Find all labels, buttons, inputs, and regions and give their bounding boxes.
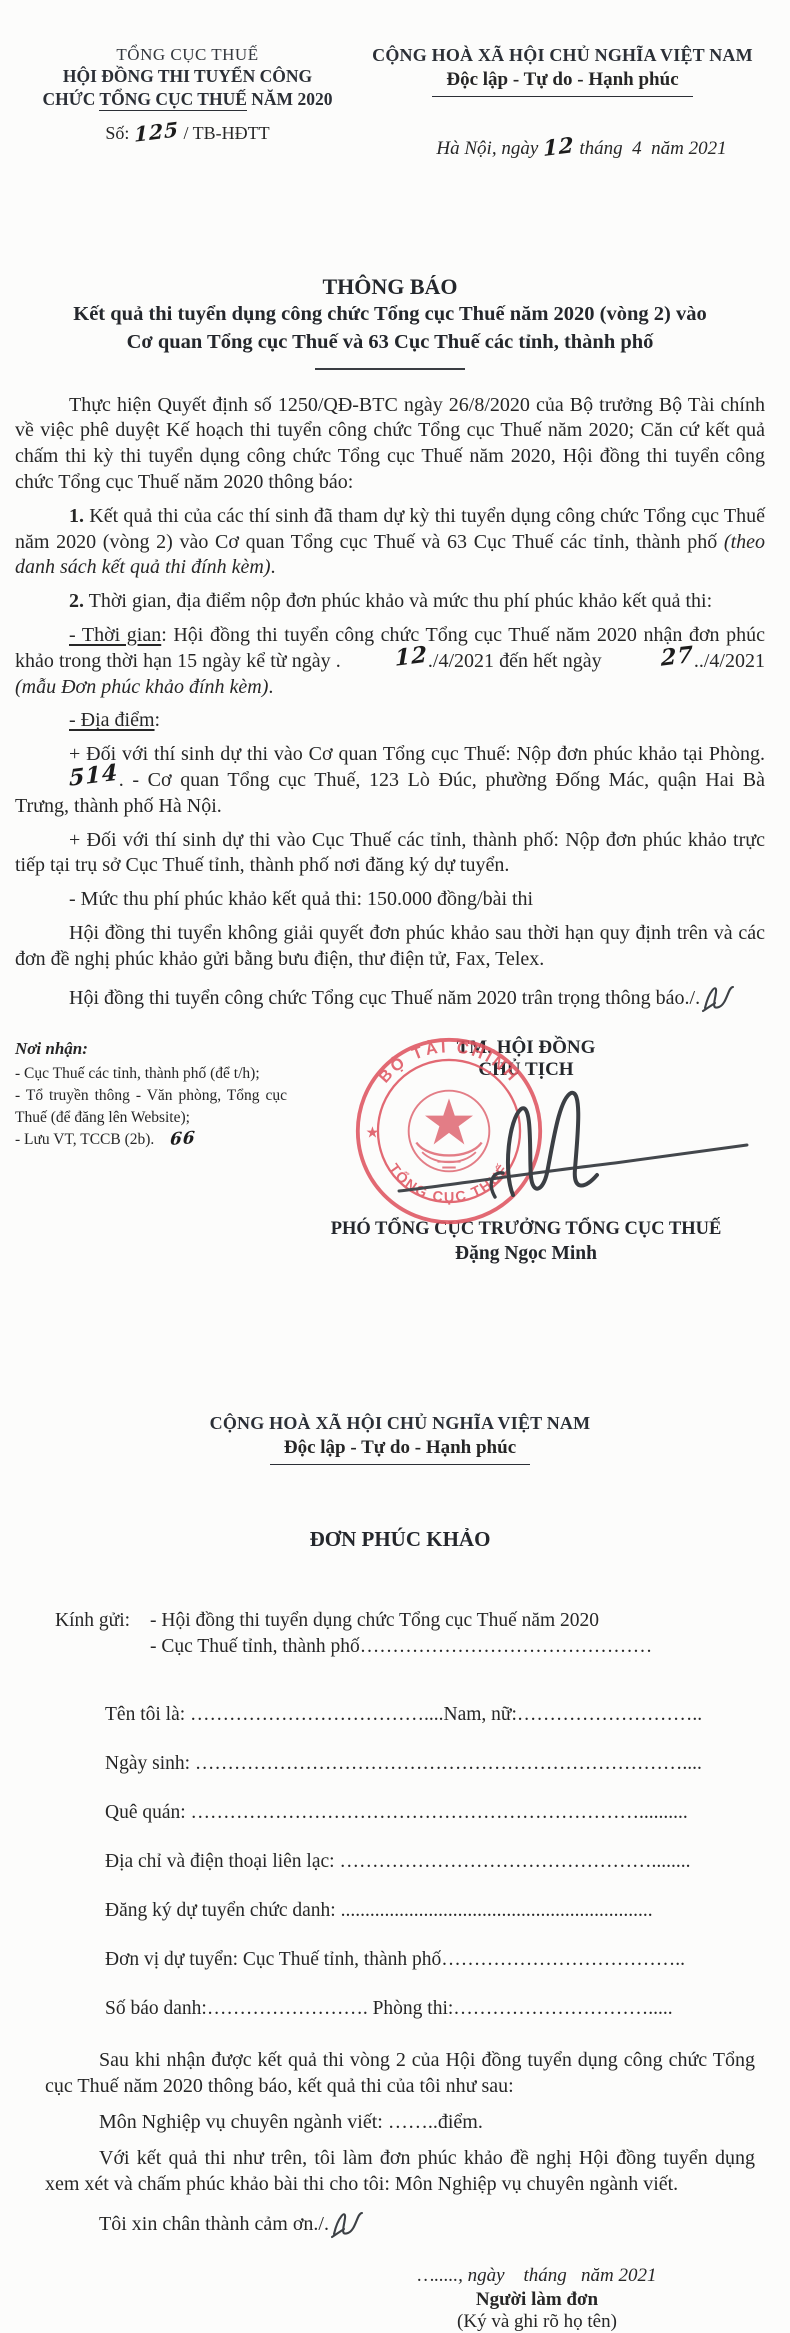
form-motto-line2: Độc lập - Tự do - Hạnh phúc (45, 1437, 755, 1465)
paragraph-rules: Hội đồng thi tuyển không giải quyết đơn … (15, 921, 765, 973)
org-name: HỘI ĐỒNG THI TUYỂN CÔNG CHỨC TỔNG CỤC TH… (15, 65, 360, 111)
recipients-block: Nơi nhận: - Cục Thuế các tỉnh, thành phố… (15, 1037, 287, 1265)
form-national-header: CỘNG HOÀ XÃ HỘI CHỦ NGHĨA VIỆT NAM Độc l… (45, 1413, 755, 1465)
paragraph-item2: 2. Thời gian, địa điểm nộp đơn phúc khảo… (15, 589, 765, 615)
signature-block: TM. HỘI ĐỒNG CHỦ TỊCH BỘ TÀI CHÍNH TỔNG … (287, 1037, 765, 1265)
handwritten-initials-icon (700, 981, 736, 1013)
recipient-item: - Tổ truyền thông - Văn phòng, Tổng cục … (15, 1085, 287, 1129)
field-exam-number: Số báo danh:……………………. Phòng thi:……………………… (105, 1998, 755, 2020)
form-signer-note: (Ký và ghi rõ họ tên) (367, 2311, 707, 2333)
paragraph-closing: Hội đồng thi tuyển công chức Tổng cục Th… (15, 981, 765, 1013)
form-paragraphs: Sau khi nhận được kết quả thi vòng 2 của… (45, 2047, 755, 2239)
field-birthdate: Ngày sinh: ………………………………………………………………….... (105, 1753, 755, 1775)
document-header: TỔNG CỤC THUẾ HỘI ĐỒNG THI TUYỂN CÔNG CH… (15, 45, 765, 182)
form-date-line: …....., ngày tháng năm 2021 (367, 2265, 707, 2287)
form-paragraph-thanks: Tôi xin chân thành cảm ơn./. (45, 2207, 755, 2239)
footer-row: Nơi nhận: - Cục Thuế các tỉnh, thành phố… (15, 1037, 765, 1265)
addressee-lines: - Hội đồng thi tuyển dụng chức Tổng cục … (150, 1610, 755, 1662)
handwritten-day: 12 (543, 135, 575, 160)
paragraph-item1: 1. Kết quả thi của các thí sinh đã tham … (15, 504, 765, 581)
recipient-item: - Cục Thuế các tỉnh, thành phố (để t/h); (15, 1063, 287, 1085)
title-heading: THÔNG BÁO (15, 274, 765, 300)
handwritten-end-day: 27 (607, 643, 694, 676)
stamp-left-star: ★ (365, 1124, 379, 1141)
handwritten-start-day: 12 (341, 643, 428, 676)
field-contact: Địa chỉ và điện thoại liên lạc: ……………………… (105, 1851, 755, 1873)
signer-name: Đặng Ngọc Minh (287, 1243, 765, 1265)
field-unit: Đơn vị dự tuyển: Cục Thuế tỉnh, thành ph… (105, 1949, 755, 1971)
title-subtitle: Kết quả thi tuyển dụng công chức Tổng cụ… (15, 300, 765, 357)
national-motto-line1: CỘNG HOÀ XÃ HỘI CHỦ NGHĨA VIỆT NAM (360, 45, 765, 66)
paragraph-location-hq: + Đối với thí sinh dự thi vào Cơ quan Tổ… (15, 742, 765, 819)
announcement-page: TỔNG CỤC THUẾ HỘI ĐỒNG THI TUYỂN CÔNG CH… (0, 0, 790, 1265)
paragraph-location-province: + Đối với thí sinh dự thi vào Cục Thuế c… (15, 828, 765, 880)
national-header-block: CỘNG HOÀ XÃ HỘI CHỦ NGHĨA VIỆT NAM Độc l… (360, 45, 765, 182)
announcement-body: Thực hiện Quyết định số 1250/QĐ-BTC ngày… (15, 393, 765, 1013)
appeal-form-page: CỘNG HOÀ XÃ HỘI CHỦ NGHĨA VIỆT NAM Độc l… (0, 1413, 790, 2333)
handwritten-note: 66 (170, 1130, 197, 1149)
form-paragraph-request: Với kết quả thi như trên, tôi làm đơn ph… (45, 2145, 755, 2197)
paragraph-intro: Thực hiện Quyết định số 1250/QĐ-BTC ngày… (15, 393, 765, 496)
handwritten-room-number: 514 (15, 762, 118, 797)
issuing-org-block: TỔNG CỤC THUẾ HỘI ĐỒNG THI TUYỂN CÔNG CH… (15, 45, 360, 182)
paragraph-location-label: - Địa điểm: (15, 708, 765, 734)
addressee-line: - Hội đồng thi tuyển dụng chức Tổng cục … (150, 1610, 755, 1632)
recipient-item: - Lưu VT, TCCB (2b).66 (15, 1129, 287, 1151)
form-paragraph-result: Sau khi nhận được kết quả thi vòng 2 của… (45, 2047, 755, 2099)
form-signer-role: Người làm đơn (367, 2289, 707, 2311)
handwritten-doc-number: 125 (134, 119, 179, 145)
addressee-label: Kính gửi: (45, 1610, 150, 1662)
form-paragraph-score: Môn Nghiệp vụ chuyên ngành viết: ……..điể… (45, 2109, 755, 2135)
recipients-header: Nơi nhận: (15, 1037, 287, 1061)
addressee-block: Kính gửi: - Hội đồng thi tuyển dụng chức… (45, 1610, 755, 1662)
paragraph-time: - Thời gian: Hội đồng thi tuyển công chứ… (15, 623, 765, 700)
form-motto-line1: CỘNG HOÀ XÃ HỘI CHỦ NGHĨA VIỆT NAM (45, 1413, 755, 1434)
field-hometown: Quê quán: …………………………………………………………….......… (105, 1802, 755, 1824)
addressee-line: - Cục Thuế tỉnh, thành phố……………………………………… (150, 1636, 755, 1658)
title-divider (315, 368, 465, 370)
national-motto-line2: Độc lập - Tự do - Hạnh phúc (360, 69, 765, 97)
paragraph-fee: - Mức thu phí phúc khảo kết quả thi: 150… (15, 887, 765, 913)
handwritten-initials-icon (329, 2207, 365, 2239)
document-title: THÔNG BÁO Kết quả thi tuyển dụng công ch… (15, 274, 765, 370)
signature-scribble (395, 1079, 755, 1229)
document-number: Số: 125 / TB-HĐTT (15, 122, 360, 144)
place-date-line: Hà Nội, ngày 12 tháng 4 năm 2021 (360, 115, 765, 182)
form-title: ĐƠN PHÚC KHẢO (45, 1527, 755, 1552)
signature-icon (395, 1079, 755, 1229)
form-fields: Tên tôi là: ………………………………....Nam, nữ:…………… (105, 1704, 755, 2020)
field-position: Đăng ký dự tuyển chức danh: ............… (105, 1900, 755, 1922)
field-name: Tên tôi là: ………………………………....Nam, nữ:…………… (105, 1704, 755, 1726)
parent-org: TỔNG CỤC THUẾ (15, 45, 360, 65)
org-name-underlined: TỔNG CỤC THUẾ (99, 89, 246, 111)
